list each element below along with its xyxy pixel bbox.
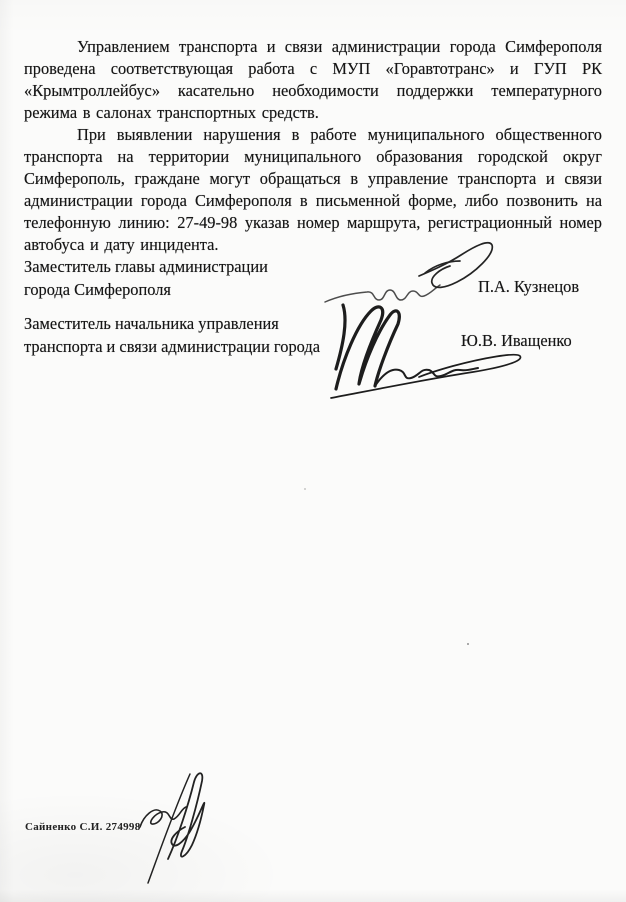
letter-body: Управлением транспорта и связи администр…	[24, 36, 602, 256]
signatory-2-name: Ю.В. Иващенко	[461, 331, 572, 351]
signatory-1-name: П.А. Кузнецов	[478, 277, 579, 297]
executor-note: Сайненко С.И. 274998	[25, 821, 141, 833]
signatory-1-role: Заместитель главы администрации города С…	[24, 256, 282, 301]
scan-speck	[467, 643, 469, 645]
executor-signature	[136, 766, 224, 886]
paragraph-2: При выявлении нарушения в работе муницип…	[24, 124, 602, 256]
signatory-2-role: Заместитель начальника управления трансп…	[24, 313, 359, 358]
scanned-letter-page: Управлением транспорта и связи администр…	[0, 0, 626, 902]
scan-speck	[304, 488, 306, 490]
paragraph-1: Управлением транспорта и связи администр…	[24, 36, 602, 124]
